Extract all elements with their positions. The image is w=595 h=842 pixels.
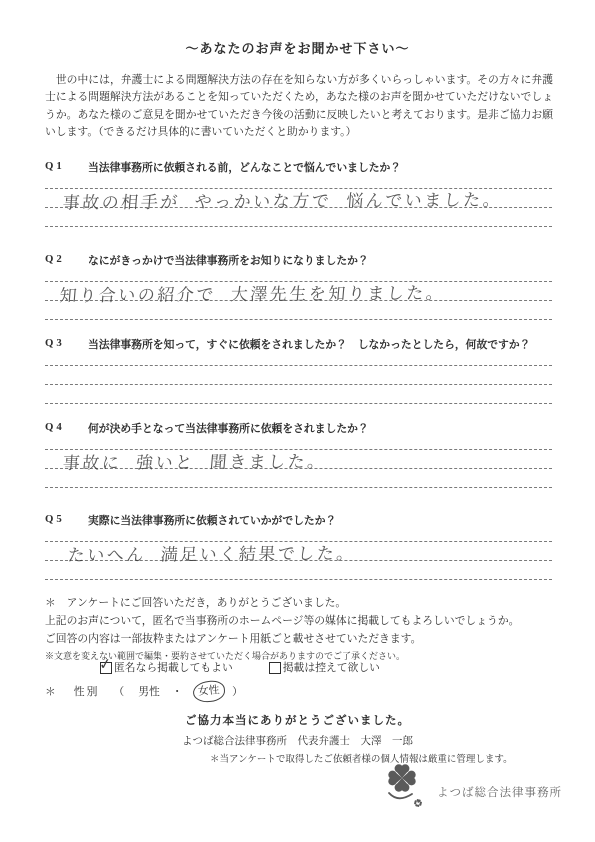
gender-row: ＊ 性別 （ 男性 ・ 女性 ） — [45, 681, 243, 702]
gender-paren-close: ） — [232, 684, 243, 699]
consent-options-row: ✓ 匿名なら掲載してもよい 掲載は控えて欲しい — [100, 660, 380, 675]
four-leaf-clover-icon — [381, 763, 433, 815]
question-row: Q5 実際に当法律事務所に依頼されていかがでしたか？ — [45, 513, 552, 528]
answer-line — [45, 365, 552, 366]
answer-line — [45, 384, 552, 385]
answer-line — [45, 226, 552, 227]
question-number: Q3 — [45, 337, 88, 349]
check-mark-icon: ✓ — [98, 654, 113, 674]
consent-option-no: 掲載は控えて欲しい — [269, 660, 380, 675]
question-block-q3: Q3 当法律事務所を知って，すぐに依頼をされましたか？ しなかったとしたら，何故… — [45, 337, 552, 427]
question-block-q2: Q2 なにがきっかけで当法律事務所をお知りになりましたか？ 知り合いの紹介で 大… — [45, 253, 552, 343]
publish-detail-note: ご回答の内容は一部抜粋またはアンケート用紙ごと載せさせていただきます。 — [45, 631, 553, 646]
question-block-q1: Q1 当法律事務所に依頼される前，どんなことで悩んでいましたか？ 事故の相手が … — [45, 160, 552, 250]
gender-option-female-circled: 女性 — [192, 680, 225, 704]
question-number: Q1 — [45, 160, 88, 172]
answer-line — [45, 403, 552, 404]
question-text: 当法律事務所を知って，すぐに依頼をされましたか？ しなかったとしたら，何故ですか… — [88, 337, 552, 352]
question-number: Q5 — [45, 513, 88, 525]
page-title: ～あなたのお声をお聞かせ下さい～ — [0, 38, 595, 57]
question-text: 実際に当法律事務所に依頼されていかがでしたか？ — [88, 513, 552, 528]
question-block-q4: Q4 何が決め手となって当法律事務所に依頼をされましたか？ 事故に 強いと 聞き… — [45, 421, 552, 511]
answer-line — [45, 579, 552, 580]
publish-request-note: 上記のお声について，匿名で当事務所のホームページ等の媒体に掲載してもよろしいでし… — [45, 613, 553, 628]
gender-option-male: 男性 — [138, 684, 160, 699]
handwritten-answer: 事故に 強いと 聞きました。 — [62, 447, 328, 474]
consent-option-yes: ✓ 匿名なら掲載してもよい — [100, 660, 233, 675]
logo-firm-name: よつば総合法律事務所 — [437, 784, 562, 800]
question-block-q5: Q5 実際に当法律事務所に依頼されていかがでしたか？ たいへん 満足いく結果でし… — [45, 513, 552, 603]
footer-privacy-note: ＊当アンケートで取得したご依頼者様の個人情報は厳重に管理します。 — [210, 751, 513, 765]
closing-thanks-note: ＊ アンケートにご回答いただき，ありがとうございました。 — [45, 595, 553, 610]
question-row: Q1 当法律事務所に依頼される前，どんなことで悩んでいましたか？ — [45, 160, 552, 175]
gender-separator: ・ — [172, 684, 183, 699]
intro-paragraph: 世の中には，弁護士による問題解決方法の存在を知らない方が多くいらっしゃいます。そ… — [45, 72, 553, 141]
question-row: Q4 何が決め手となって当法律事務所に依頼をされましたか？ — [45, 421, 552, 436]
scanned-questionnaire-page: ～あなたのお声をお聞かせ下さい～ 世の中には，弁護士による問題解決方法の存在を知… — [0, 0, 595, 842]
footer-thanks: ご協力本当にありがとうございました。 — [0, 712, 595, 728]
answer-line — [45, 487, 552, 488]
footer-signature: よつば総合法律事務所 代表弁護士 大澤 一郎 — [0, 733, 595, 748]
consent-yes-label: 匿名なら掲載してもよい — [114, 660, 233, 675]
handwritten-answer: たいへん 満足いく結果でした。 — [67, 539, 357, 566]
checkbox-checked-icon: ✓ — [100, 662, 112, 674]
question-row: Q2 なにがきっかけで当法律事務所をお知りになりましたか？ — [45, 253, 552, 268]
consent-no-label: 掲載は控えて欲しい — [283, 660, 380, 675]
gender-paren-open: （ — [113, 684, 124, 699]
question-row: Q3 当法律事務所を知って，すぐに依頼をされましたか？ しなかったとしたら，何故… — [45, 337, 552, 352]
gender-marker: ＊ — [45, 684, 56, 699]
question-number: Q4 — [45, 421, 88, 433]
answer-line — [45, 319, 552, 320]
question-text: 何が決め手となって当法律事務所に依頼をされましたか？ — [88, 421, 552, 436]
question-text: なにがきっかけで当法律事務所をお知りになりましたか？ — [88, 253, 552, 268]
handwritten-answer: 知り合いの紹介で 大澤先生を知りました。 — [59, 279, 447, 307]
gender-label: 性別 — [74, 684, 100, 699]
question-number: Q2 — [45, 253, 88, 265]
handwritten-answer: 事故の相手が やっかいな方で 悩んでいました。 — [62, 185, 504, 213]
checkbox-empty-icon — [269, 662, 281, 674]
question-text: 当法律事務所に依頼される前，どんなことで悩んでいましたか？ — [88, 160, 552, 175]
